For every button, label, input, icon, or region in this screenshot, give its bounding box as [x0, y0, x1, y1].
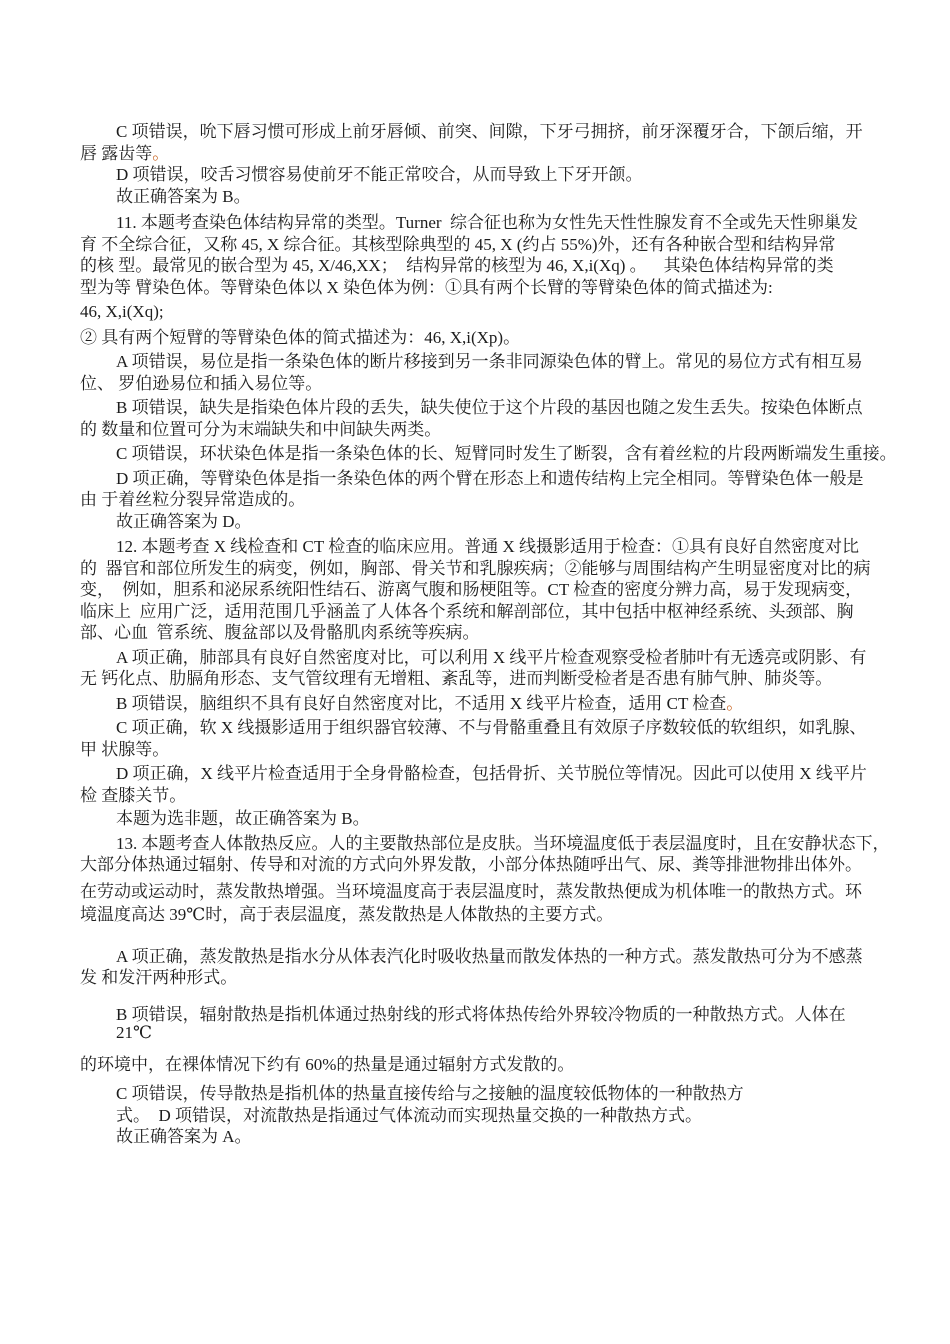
text-run: 部、心血 管系统、腹盆部以及骨骼肌肉系统等疾病。: [80, 623, 480, 642]
text-line: 12. 本题考查 X 线检查和 CT 检查的临床应用。普通 X 线摄影适用于检查…: [80, 536, 880, 558]
text-line: 发 和发汗两种形式。: [80, 967, 880, 989]
text-run: 的环境中，在裸体情况下约有 60%的热量是通过辐射方式发散的。: [80, 1055, 574, 1074]
text-line: A 项错误，易位是指一条染色体的断片移接到另一条非同源染色体的臂上。常见的易位方…: [80, 351, 880, 373]
text-line: 育 不全综合征，又称 45, X 综合征。其核型除典型的 45, X (约占 5…: [80, 234, 880, 256]
text-line: B 项错误，缺失是指染色体片段的丢失，缺失使位于这个片段的基因也随之发生丢失。按…: [80, 397, 880, 419]
text-run: 11. 本题考查染色体结构异常的类型。Turner 综合征也称为女性先天性性腺发…: [116, 213, 858, 232]
text-run: D 项错误，咬舌习惯容易使前牙不能正常咬合，从而导致上下牙开颌。: [116, 165, 643, 184]
text-run: C 项正确，软 X 线摄影适用于组织器官较薄、不与骨骼重叠且有效原子序数较低的软…: [116, 718, 866, 737]
text-line: 的 数量和位置可分为末端缺失和中间缺失两类。: [80, 419, 880, 441]
text-line: B 项错误，脑组织不具有良好自然密度对比，不适用 X 线平片检查，适用 CT 检…: [80, 693, 880, 715]
text-line: D 项错误，咬舌习惯容易使前牙不能正常咬合，从而导致上下牙开颌。: [80, 164, 880, 186]
orange-period: 。: [726, 694, 743, 713]
text-run: D 项正确，X 线平片检查适用于全身骨骼检查，包括骨折、关节脱位等情况。因此可以…: [116, 764, 867, 783]
text-line: C 项错误，传导散热是指机体的热量直接传给与之接触的温度较低物体的一种散热方: [80, 1083, 880, 1105]
text-run: 大部分体热通过辐射、传导和对流的方式向外界发散，小部分体热随呼出气、尿、粪等排泄…: [80, 855, 862, 874]
text-run: 检 查膝关节。: [80, 786, 186, 805]
text-line: ② 具有两个短臂的等臂染色体的简式描述为：46, X,i(Xp)。: [80, 327, 880, 349]
text-line: 的核 型。最常见的嵌合型为 45, X/46,XX； 结构异常的核型为 46, …: [80, 255, 880, 277]
text-line: 检 查膝关节。: [80, 785, 880, 807]
text-run: B 项错误，脑组织不具有良好自然密度对比，不适用 X 线平片检查，适用 CT 检…: [116, 694, 726, 713]
text-line: 境温度高达 39℃时，高于表层温度，蒸发散热是人体散热的主要方式。: [80, 904, 880, 926]
text-line: 唇 露齿等。: [80, 143, 880, 165]
text-line: C 项正确，软 X 线摄影适用于组织器官较薄、不与骨骼重叠且有效原子序数较低的软…: [80, 717, 880, 739]
text-run: 临床上 应用广泛，适用范围几乎涵盖了人体各个系统和解剖部位，其中包括中枢神经系统…: [80, 602, 854, 621]
text-run: 本题为选非题，故正确答案为 B。: [116, 809, 370, 828]
text-line: 13. 本题考查人体散热反应。人的主要散热部位是皮肤。当环境温度低于表层温度时，…: [80, 833, 880, 855]
text-run: A 项正确，肺部具有良好自然密度对比，可以利用 X 线平片检查观察受检者肺叶有无…: [116, 648, 866, 667]
document-page: C 项错误，吮下唇习惯可形成上前牙唇倾、前突、间隙，下牙弓拥挤，前牙深覆牙合，下…: [0, 0, 950, 1344]
text-run: 甲 状腺等。: [80, 740, 169, 759]
text-run: ② 具有两个短臂的等臂染色体的简式描述为：46, X,i(Xp)。: [80, 328, 520, 347]
text-run: 变， 例如，胆系和泌尿系统阳性结石、游离气腹和肠梗阻等。CT 检查的密度分辨力高…: [80, 580, 862, 599]
text-line: A 项正确，蒸发散热是指水分从体表汽化时吸收热量而散发体热的一种方式。蒸发散热可…: [80, 946, 880, 968]
text-run: C 项错误，吮下唇习惯可形成上前牙唇倾、前突、间隙，下牙弓拥挤，前牙深覆牙合，下…: [116, 122, 863, 141]
text-run: 的核 型。最常见的嵌合型为 45, X/46,XX； 结构异常的核型为 46, …: [80, 256, 834, 275]
text-run: 故正确答案为 D。: [116, 512, 252, 531]
text-line: 21℃: [80, 1022, 880, 1044]
document-body: C 项错误，吮下唇习惯可形成上前牙唇倾、前突、间隙，下牙弓拥挤，前牙深覆牙合，下…: [80, 121, 880, 1148]
text-run: A 项正确，蒸发散热是指水分从体表汽化时吸收热量而散发体热的一种方式。蒸发散热可…: [116, 947, 863, 966]
text-run: 唇 露齿等: [80, 144, 152, 163]
text-line: 故正确答案为 B。: [80, 186, 880, 208]
text-run: 在劳动或运动时，蒸发散热增强。当环境温度高于表层温度时，蒸发散热便成为机体唯一的…: [80, 882, 862, 901]
text-line: C 项错误，环状染色体是指一条染色体的长、短臂同时发生了断裂，含有着丝粒的片段两…: [80, 443, 880, 465]
text-line: 式。 D 项错误，对流散热是指通过气体流动而实现热量交换的一种散热方式。: [80, 1105, 880, 1127]
text-line: 本题为选非题，故正确答案为 B。: [80, 808, 880, 830]
text-line: 46, X,i(Xq);: [80, 301, 880, 323]
text-run: 式。 D 项错误，对流散热是指通过气体流动而实现热量交换的一种散热方式。: [116, 1106, 702, 1125]
text-line: 无 钙化点、肋膈角形态、支气管纹理有无增粗、紊乱等，进而判断受检者是否患有肺气肿…: [80, 668, 880, 690]
text-line: 的 器官和部位所发生的病变，例如，胸部、骨关节和乳腺疾病；②能够与周围结构产生明…: [80, 558, 880, 580]
text-line: 甲 状腺等。: [80, 739, 880, 761]
text-run: 故正确答案为 A。: [116, 1127, 252, 1146]
text-run: 故正确答案为 B。: [116, 187, 251, 206]
text-line: 的环境中，在裸体情况下约有 60%的热量是通过辐射方式发散的。: [80, 1054, 880, 1076]
text-line: D 项正确，等臂染色体是指一条染色体的两个臂在形态上和遗传结构上完全相同。等臂染…: [80, 468, 880, 490]
text-line: A 项正确，肺部具有良好自然密度对比，可以利用 X 线平片检查观察受检者肺叶有无…: [80, 647, 880, 669]
text-line: 型为等 臂染色体。等臂染色体以 X 染色体为例：①具有两个长臂的等臂染色体的简式…: [80, 277, 880, 299]
text-line: 故正确答案为 D。: [80, 511, 880, 533]
text-run: 21℃: [116, 1023, 152, 1042]
text-run: 46, X,i(Xq);: [80, 302, 164, 321]
text-run: 的 器官和部位所发生的病变，例如，胸部、骨关节和乳腺疾病；②能够与周围结构产生明…: [80, 559, 871, 578]
text-line: 由 于着丝粒分裂异常造成的。: [80, 489, 880, 511]
text-run: C 项错误，环状染色体是指一条染色体的长、短臂同时发生了断裂，含有着丝粒的片段两…: [116, 444, 897, 463]
text-line: 位、 罗伯逊易位和插入易位等。: [80, 373, 880, 395]
orange-period: 。: [152, 144, 169, 163]
text-run: A 项错误，易位是指一条染色体的断片移接到另一条非同源染色体的臂上。常见的易位方…: [116, 352, 863, 371]
text-line: C 项错误，吮下唇习惯可形成上前牙唇倾、前突、间隙，下牙弓拥挤，前牙深覆牙合，下…: [80, 121, 880, 143]
text-line: 临床上 应用广泛，适用范围几乎涵盖了人体各个系统和解剖部位，其中包括中枢神经系统…: [80, 601, 880, 623]
text-run: 无 钙化点、肋膈角形态、支气管纹理有无增粗、紊乱等，进而判断受检者是否患有肺气肿…: [80, 669, 832, 688]
text-run: 由 于着丝粒分裂异常造成的。: [80, 490, 305, 509]
text-run: 位、 罗伯逊易位和插入易位等。: [80, 374, 322, 393]
text-run: B 项错误，缺失是指染色体片段的丢失，缺失使位于这个片段的基因也随之发生丢失。按…: [116, 398, 863, 417]
text-line: 大部分体热通过辐射、传导和对流的方式向外界发散，小部分体热随呼出气、尿、粪等排泄…: [80, 854, 880, 876]
text-run: 境温度高达 39℃时，高于表层温度，蒸发散热是人体散热的主要方式。: [80, 905, 613, 924]
text-line: B 项错误，辐射散热是指机体通过热射线的形式将体热传给外界较冷物质的一种散热方式…: [80, 1004, 880, 1026]
text-run: D 项正确，等臂染色体是指一条染色体的两个臂在形态上和遗传结构上完全相同。等臂染…: [116, 469, 864, 488]
text-line: 部、心血 管系统、腹盆部以及骨骼肌肉系统等疾病。: [80, 622, 880, 644]
text-run: 的 数量和位置可分为末端缺失和中间缺失两类。: [80, 420, 441, 439]
text-run: 13. 本题考查人体散热反应。人的主要散热部位是皮肤。当环境温度低于表层温度时，…: [116, 834, 890, 853]
text-run: 12. 本题考查 X 线检查和 CT 检查的临床应用。普通 X 线摄影适用于检查…: [116, 537, 859, 556]
text-line: D 项正确，X 线平片检查适用于全身骨骼检查，包括骨折、关节脱位等情况。因此可以…: [80, 763, 880, 785]
text-run: 育 不全综合征，又称 45, X 综合征。其核型除典型的 45, X (约占 5…: [80, 235, 836, 254]
text-line: 变， 例如，胆系和泌尿系统阳性结石、游离气腹和肠梗阻等。CT 检查的密度分辨力高…: [80, 579, 880, 601]
text-line: 故正确答案为 A。: [80, 1126, 880, 1148]
text-line: 在劳动或运动时，蒸发散热增强。当环境温度高于表层温度时，蒸发散热便成为机体唯一的…: [80, 881, 880, 903]
text-run: 发 和发汗两种形式。: [80, 968, 237, 987]
text-run: B 项错误，辐射散热是指机体通过热射线的形式将体热传给外界较冷物质的一种散热方式…: [116, 1005, 846, 1024]
text-line: 11. 本题考查染色体结构异常的类型。Turner 综合征也称为女性先天性性腺发…: [80, 212, 880, 234]
text-run: 型为等 臂染色体。等臂染色体以 X 染色体为例：①具有两个长臂的等臂染色体的简式…: [80, 278, 773, 297]
text-run: C 项错误，传导散热是指机体的热量直接传给与之接触的温度较低物体的一种散热方: [116, 1084, 744, 1103]
